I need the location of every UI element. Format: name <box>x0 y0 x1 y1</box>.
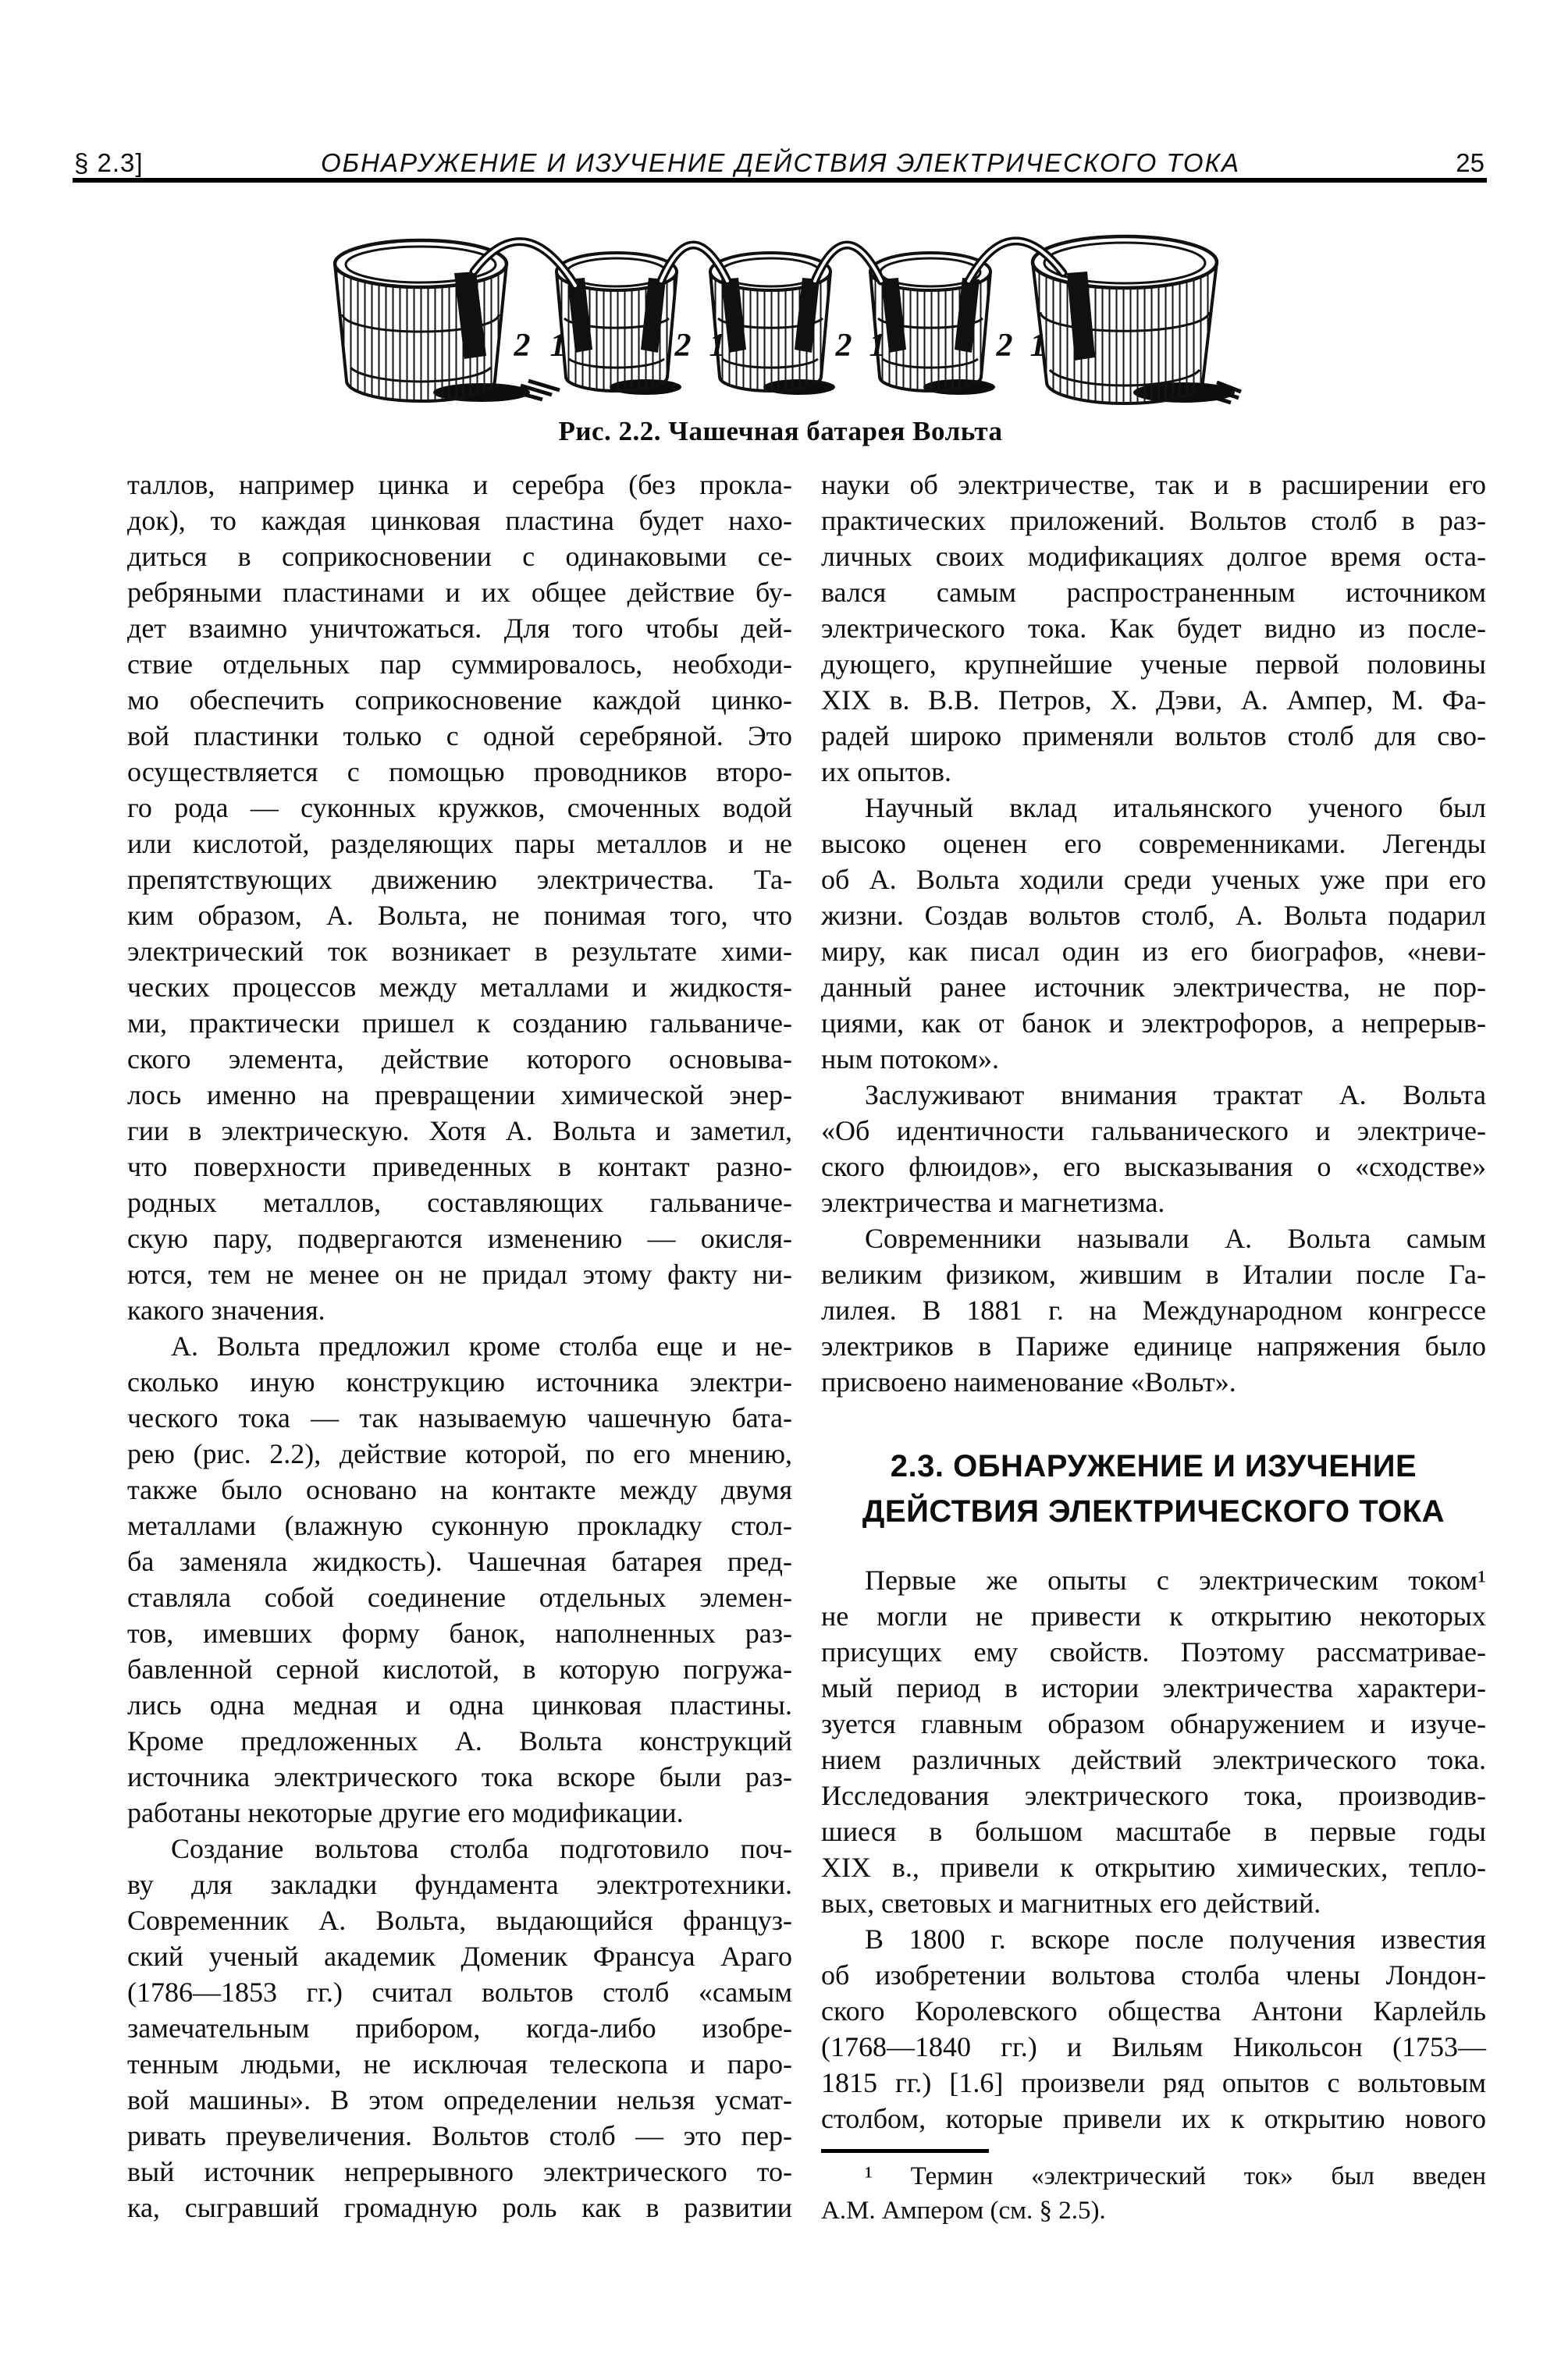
text-line: вой машины». В этом определении нельзя у… <box>127 2082 792 2118</box>
paragraph: Первые же опыты с электрическим током¹не… <box>821 1562 1486 1921</box>
plate-label: 2 <box>514 328 531 364</box>
plate-label: 2 <box>996 328 1013 364</box>
text-line: док), то каждая цинковая пластина будет … <box>127 503 792 538</box>
text-line: электрического тока. Как будет видно из … <box>821 610 1486 646</box>
text-line: ми, практически пришел к созданию гальва… <box>127 1005 792 1041</box>
text-line: замечательным прибором, когда-либо изобр… <box>127 2010 792 2046</box>
text-line: препятствующих движению электричества. Т… <box>127 861 792 897</box>
text-line: XIX в., привели к открытию химических, т… <box>821 1849 1486 1885</box>
text-line: Заслуживают внимания трактат А. Вольта <box>821 1077 1486 1113</box>
text-line: ка, сыгравший громадную роль как в разви… <box>127 2190 792 2225</box>
text-line: присущих ему свойств. Поэтому рассматрив… <box>821 1634 1486 1670</box>
text-line: об А. Вольта ходили среди ученых уже при… <box>821 861 1486 897</box>
text-line: присвоено наименование «Вольт». <box>821 1364 1486 1400</box>
text-line: Современник А. Вольта, выдающийся францу… <box>127 1902 792 1938</box>
text-line: вался самым распространенным источником <box>821 574 1486 610</box>
text-line: В 1800 г. вскоре после получения извести… <box>821 1921 1486 1957</box>
text-line: мый период в истории электричества харак… <box>821 1670 1486 1706</box>
text-line: радей широко применяли вольтов столб для… <box>821 718 1486 754</box>
paragraph: Заслуживают внимания трактат А. Вольта«О… <box>821 1077 1486 1220</box>
text-line: ского элемента, действие которого основы… <box>127 1041 792 1077</box>
running-header: § 2.3] ОБНАРУЖЕНИЕ И ИЗУЧЕНИЕ ДЕЙСТВИЯ Э… <box>74 148 1487 181</box>
text-line: великим физиком, жившим в Италии после Г… <box>821 1256 1486 1292</box>
text-line: гии в электрическую. Хотя А. Вольта и за… <box>127 1113 792 1149</box>
section-heading: 2.3. ОБНАРУЖЕНИЕ И ИЗУЧЕНИЕДЕЙСТВИЯ ЭЛЕК… <box>821 1444 1486 1534</box>
text-line: ставляла собой соединение отдельных элем… <box>127 1579 792 1615</box>
text-line: высоко оценен его современниками. Легенд… <box>821 826 1486 861</box>
text-line: вый источник непрерывного электрического… <box>127 2154 792 2190</box>
text-line: мо обеспечить соприкосновение каждой цин… <box>127 682 792 718</box>
text-line: их опытов. <box>821 754 1486 790</box>
text-line: ческого тока — так называемую чашечную б… <box>127 1400 792 1436</box>
text-line: ствие отдельных пар суммировалось, необх… <box>127 646 792 682</box>
text-line: ба заменяла жидкость). Чашечная батарея … <box>127 1543 792 1579</box>
text-line: (1786—1853 гг.) считал вольтов столб «са… <box>127 1974 792 2010</box>
footnote-line: ¹ Термин «электрический ток» был введен <box>821 2159 1486 2194</box>
text-line: личных своих модификациях долгое время о… <box>821 538 1486 574</box>
text-line: ский ученый академик Доменик Франсуа Ара… <box>127 1938 792 1974</box>
paragraph: науки об электричестве, так и в расширен… <box>821 467 1486 790</box>
book-page: § 2.3] ОБНАРУЖЕНИЕ И ИЗУЧЕНИЕ ДЕЙСТВИЯ Э… <box>0 0 1561 2380</box>
text-line: (1768—1840 гг.) и Вильям Никольсон (1753… <box>821 2029 1486 2065</box>
text-line: тов, имевших форму банок, наполненных ра… <box>127 1615 792 1651</box>
plate-label: 2 <box>835 328 852 364</box>
text-line: ву для закладки фундамента электротехник… <box>127 1867 792 1902</box>
text-line: ются, тем не менее он не придал этому фа… <box>127 1256 792 1292</box>
footnote-rule <box>821 2149 989 2153</box>
page-number: 25 <box>1456 148 1485 178</box>
paragraph: таллов, например цинка и серебра (без пр… <box>127 467 792 1328</box>
text-line: осуществляется с помощью проводников вто… <box>127 754 792 790</box>
text-line: миру, как писал один из его биографов, «… <box>821 933 1486 969</box>
text-line: ского флюидов», его высказывания о «сход… <box>821 1149 1486 1185</box>
text-line: какого значения. <box>127 1292 792 1328</box>
text-line: электрический ток возникает в результате… <box>127 933 792 969</box>
text-line: лись одна медная и одна цинковая пластин… <box>127 1687 792 1723</box>
text-line: А. Вольта предложил кроме столба еще и н… <box>127 1328 792 1364</box>
text-line: электриков в Париже единице напряжения б… <box>821 1328 1486 1364</box>
text-line: практических приложений. Вольтов столб в… <box>821 503 1486 538</box>
column-left: таллов, например цинка и серебра (без пр… <box>127 467 792 2225</box>
text-line: также было основано на контакте между дв… <box>127 1472 792 1508</box>
text-line: Создание вольтова столба подготовило поч… <box>127 1831 792 1867</box>
running-title: ОБНАРУЖЕНИЕ И ИЗУЧЕНИЕ ДЕЙСТВИЯ ЭЛЕКТРИЧ… <box>74 148 1487 178</box>
text-line: лилея. В 1881 г. на Международном конгре… <box>821 1292 1486 1328</box>
text-line: металлами (влажную суконную прокладку ст… <box>127 1508 792 1543</box>
text-line: Современники называли А. Вольта самым <box>821 1220 1486 1256</box>
text-line: родных металлов, составляющих гальваниче… <box>127 1185 792 1220</box>
cup-5 <box>1033 236 1241 403</box>
text-line: что поверхности приведенных в контакт ра… <box>127 1149 792 1185</box>
text-line: дующего, крупнейшие ученые первой полови… <box>821 646 1486 682</box>
text-line: ривать преувеличения. Вольтов столб — эт… <box>127 2118 792 2154</box>
footnote: ¹ Термин «электрический ток» был введенА… <box>821 2159 1486 2228</box>
paragraph: Современники называли А. Вольта самымвел… <box>821 1220 1486 1400</box>
text-line: тенным людьми, не исключая телескопа и п… <box>127 2046 792 2082</box>
text-line: данный ранее источник электричества, не … <box>821 969 1486 1005</box>
paragraph: Научный вклад итальянского ученого былвы… <box>821 790 1486 1077</box>
text-line: не могли не привести к открытию некоторы… <box>821 1598 1486 1634</box>
text-line: рею (рис. 2.2), действие которой, по его… <box>127 1436 792 1472</box>
text-line: работаны некоторые другие его модификаци… <box>127 1795 792 1831</box>
column-right: науки об электричестве, так и в расширен… <box>821 467 1486 2228</box>
text-line: ным потоком». <box>821 1041 1486 1077</box>
text-line: источника электрического тока вскоре был… <box>127 1759 792 1795</box>
plate-label: 1 <box>709 328 726 364</box>
figure-volta-cup-battery: 2 1 2 1 2 1 2 1 <box>333 225 1243 410</box>
text-line: нием различных действий электрического т… <box>821 1742 1486 1778</box>
paragraph: А. Вольта предложил кроме столба еще и н… <box>127 1328 792 1831</box>
header-rule <box>73 178 1487 183</box>
text-line: циями, как от банок и электрофоров, а не… <box>821 1005 1486 1041</box>
plate-label: 1 <box>869 328 886 364</box>
text-line: диться в соприкосновении с одинаковыми с… <box>127 538 792 574</box>
text-line: го рода — суконных кружков, смоченных во… <box>127 790 792 826</box>
text-line: ского Королевского общества Антони Карле… <box>821 1993 1486 2029</box>
cup-1 <box>335 240 560 402</box>
text-line: XIX в. В.В. Петров, Х. Дэви, А. Ампер, М… <box>821 682 1486 718</box>
text-line: скую пару, подвергаются изменению — окис… <box>127 1220 792 1256</box>
text-line: электричества и магнетизма. <box>821 1185 1486 1220</box>
text-line: «Об идентичности гальванического и элект… <box>821 1113 1486 1149</box>
text-line: науки об электричестве, так и в расширен… <box>821 467 1486 503</box>
text-line: Исследования электрического тока, произв… <box>821 1778 1486 1813</box>
plate-label: 1 <box>550 328 567 364</box>
text-line: бавленной серной кислотой, в которую пог… <box>127 1651 792 1687</box>
text-line: ческих процессов между металлами и жидко… <box>127 969 792 1005</box>
text-line: вых, световых и магнитных его действий. <box>821 1885 1486 1921</box>
text-line: Первые же опыты с электрическим током¹ <box>821 1562 1486 1598</box>
text-line: вой пластинки только с одной серебряной.… <box>127 718 792 754</box>
text-line: об изобретении вольтова столба члены Лон… <box>821 1957 1486 1993</box>
text-line: 1815 гг.) [1.6] произвели ряд опытов с в… <box>821 2065 1486 2101</box>
plate-label: 1 <box>1030 328 1047 364</box>
paragraph: В 1800 г. вскоре после получения извести… <box>821 1921 1486 2137</box>
plate-label: 2 <box>674 328 692 364</box>
text-line: жизни. Создав вольтов столб, А. Вольта п… <box>821 897 1486 933</box>
text-line: столбом, которые привели их к открытию н… <box>821 2101 1486 2137</box>
text-line: лось именно на превращении химической эн… <box>127 1077 792 1113</box>
text-line: ребряными пластинами и их общее действие… <box>127 574 792 610</box>
text-line: шиеся в большом масштабе в первые годы <box>821 1813 1486 1849</box>
text-line: сколько иную конструкцию источника элект… <box>127 1364 792 1400</box>
footnote-line: А.М. Ампером (см. § 2.5). <box>821 2194 1486 2228</box>
text-line: или кислотой, разделяющих пары металлов … <box>127 826 792 861</box>
text-line: дет взаимно уничтожаться. Для того чтобы… <box>127 610 792 646</box>
text-line: зуется главным образом обнаружением и из… <box>821 1706 1486 1742</box>
paragraph: Создание вольтова столба подготовило поч… <box>127 1831 792 2225</box>
text-line: ким образом, А. Вольта, не понимая того,… <box>127 897 792 933</box>
heading-line: ДЕЙСТВИЯ ЭЛЕКТРИЧЕСКОГО ТОКА <box>821 1489 1486 1534</box>
figure-caption: Рис. 2.2. Чашечная батарея Вольта <box>0 416 1561 447</box>
heading-line: 2.3. ОБНАРУЖЕНИЕ И ИЗУЧЕНИЕ <box>821 1444 1486 1489</box>
text-line: таллов, например цинка и серебра (без пр… <box>127 467 792 503</box>
text-line: Научный вклад итальянского ученого был <box>821 790 1486 826</box>
text-line: Кроме предложенных А. Вольта конструкций <box>127 1723 792 1759</box>
